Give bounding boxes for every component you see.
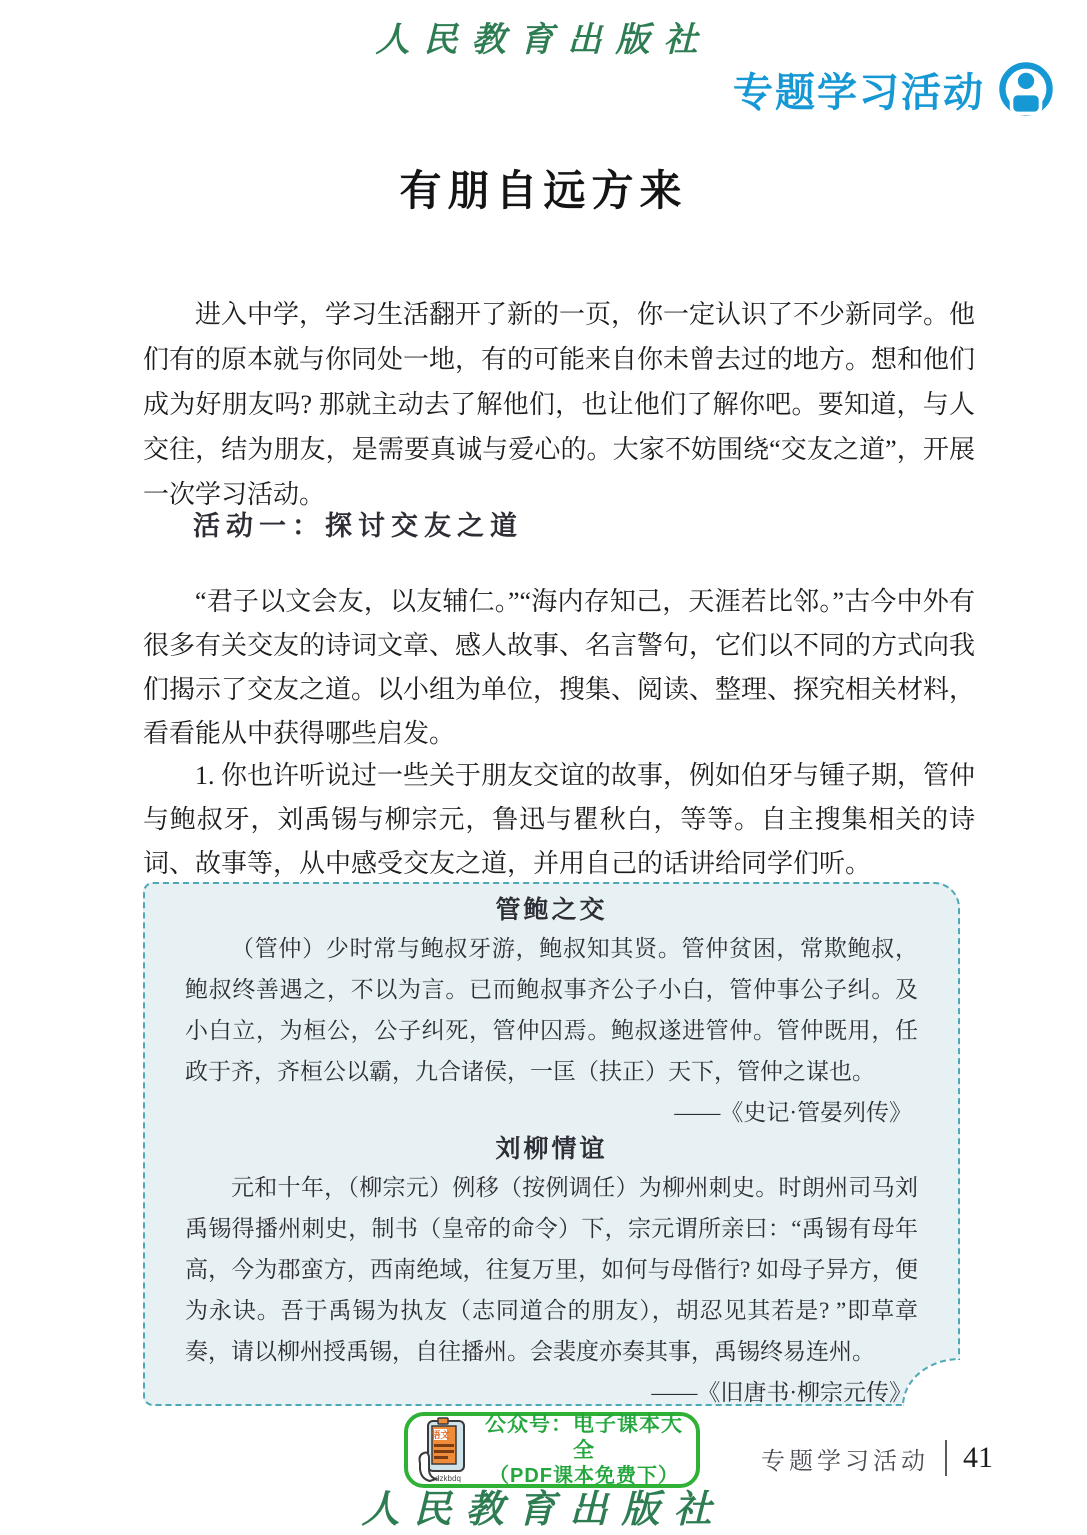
intro-paragraph: 进入中学，学习生活翻开了新的一页，你一定认识了不少新同学。他们有的原本就与你同处… xyxy=(143,292,975,517)
story-source-guanbao: ——《史记·管晏列传》 xyxy=(185,1092,918,1133)
promo-line1: 公众号：电子课本大全 xyxy=(482,1412,686,1464)
promo-badge: 语文 dzkbdq 公众号：电子课本大全 （PDF课本免费下） xyxy=(404,1412,700,1488)
story-text-liuliu: 元和十年，（柳宗元）例移（按例调任）为柳州刺史。时朗州司马刘禹锡得播州刺史，制书… xyxy=(185,1167,918,1372)
promo-text: 公众号：电子课本大全 （PDF课本免费下） xyxy=(482,1412,686,1489)
excerpt-box: 管鲍之交 （管仲）少时常与鲍叔牙游，鲍叔知其贤。管仲贫困，常欺鲍叔，鲍叔终善遇之… xyxy=(143,882,960,1406)
footer-meta: 专题学习活动 41 xyxy=(761,1440,993,1476)
section-banner-label: 专题学习活动 xyxy=(733,61,985,118)
textbook-page: 人民教育出版社 专题学习活动 有朋自远方来 进入中学，学习生活翻开了新的一页，你… xyxy=(0,0,1087,1535)
footer-divider xyxy=(945,1440,947,1476)
story-title-liuliu: 刘柳情谊 xyxy=(185,1133,918,1167)
page-title: 有朋自远方来 xyxy=(0,158,1087,218)
activity-one-heading: 活动一：探讨交友之道 xyxy=(193,504,523,543)
story-text-guanbao: （管仲）少时常与鲍叔牙游，鲍叔知其贤。管仲贫困，常欺鲍叔，鲍叔终善遇之，不以为言… xyxy=(185,928,918,1092)
icon-label-text: 语文 xyxy=(431,1429,449,1440)
story-title-guanbao: 管鲍之交 xyxy=(185,894,918,928)
footer-section-label: 专题学习活动 xyxy=(761,1441,929,1476)
icon-caption-text: dzkbdq xyxy=(435,1474,461,1483)
tablet-book-icon: 语文 dzkbdq xyxy=(416,1417,474,1483)
activity-paragraph: “君子以文会友，以友辅仁。”“海内存知己，天涯若比邻。”古今中外有很多有关交友的… xyxy=(143,580,975,756)
publisher-logo-top: 人民教育出版社 xyxy=(0,12,1087,61)
footer-page-number: 41 xyxy=(963,1441,993,1475)
story-source-liuliu: ——《旧唐书·柳宗元传》 xyxy=(185,1372,918,1413)
promo-line2: （PDF课本免费下） xyxy=(482,1464,686,1489)
activity-item-1: 1. 你也许听说过一些关于朋友交谊的故事，例如伯牙与锺子期，管仲与鲍叔牙，刘禹锡… xyxy=(143,754,975,886)
section-banner: 专题学习活动 xyxy=(733,60,1055,118)
person-circle-icon xyxy=(997,60,1055,118)
